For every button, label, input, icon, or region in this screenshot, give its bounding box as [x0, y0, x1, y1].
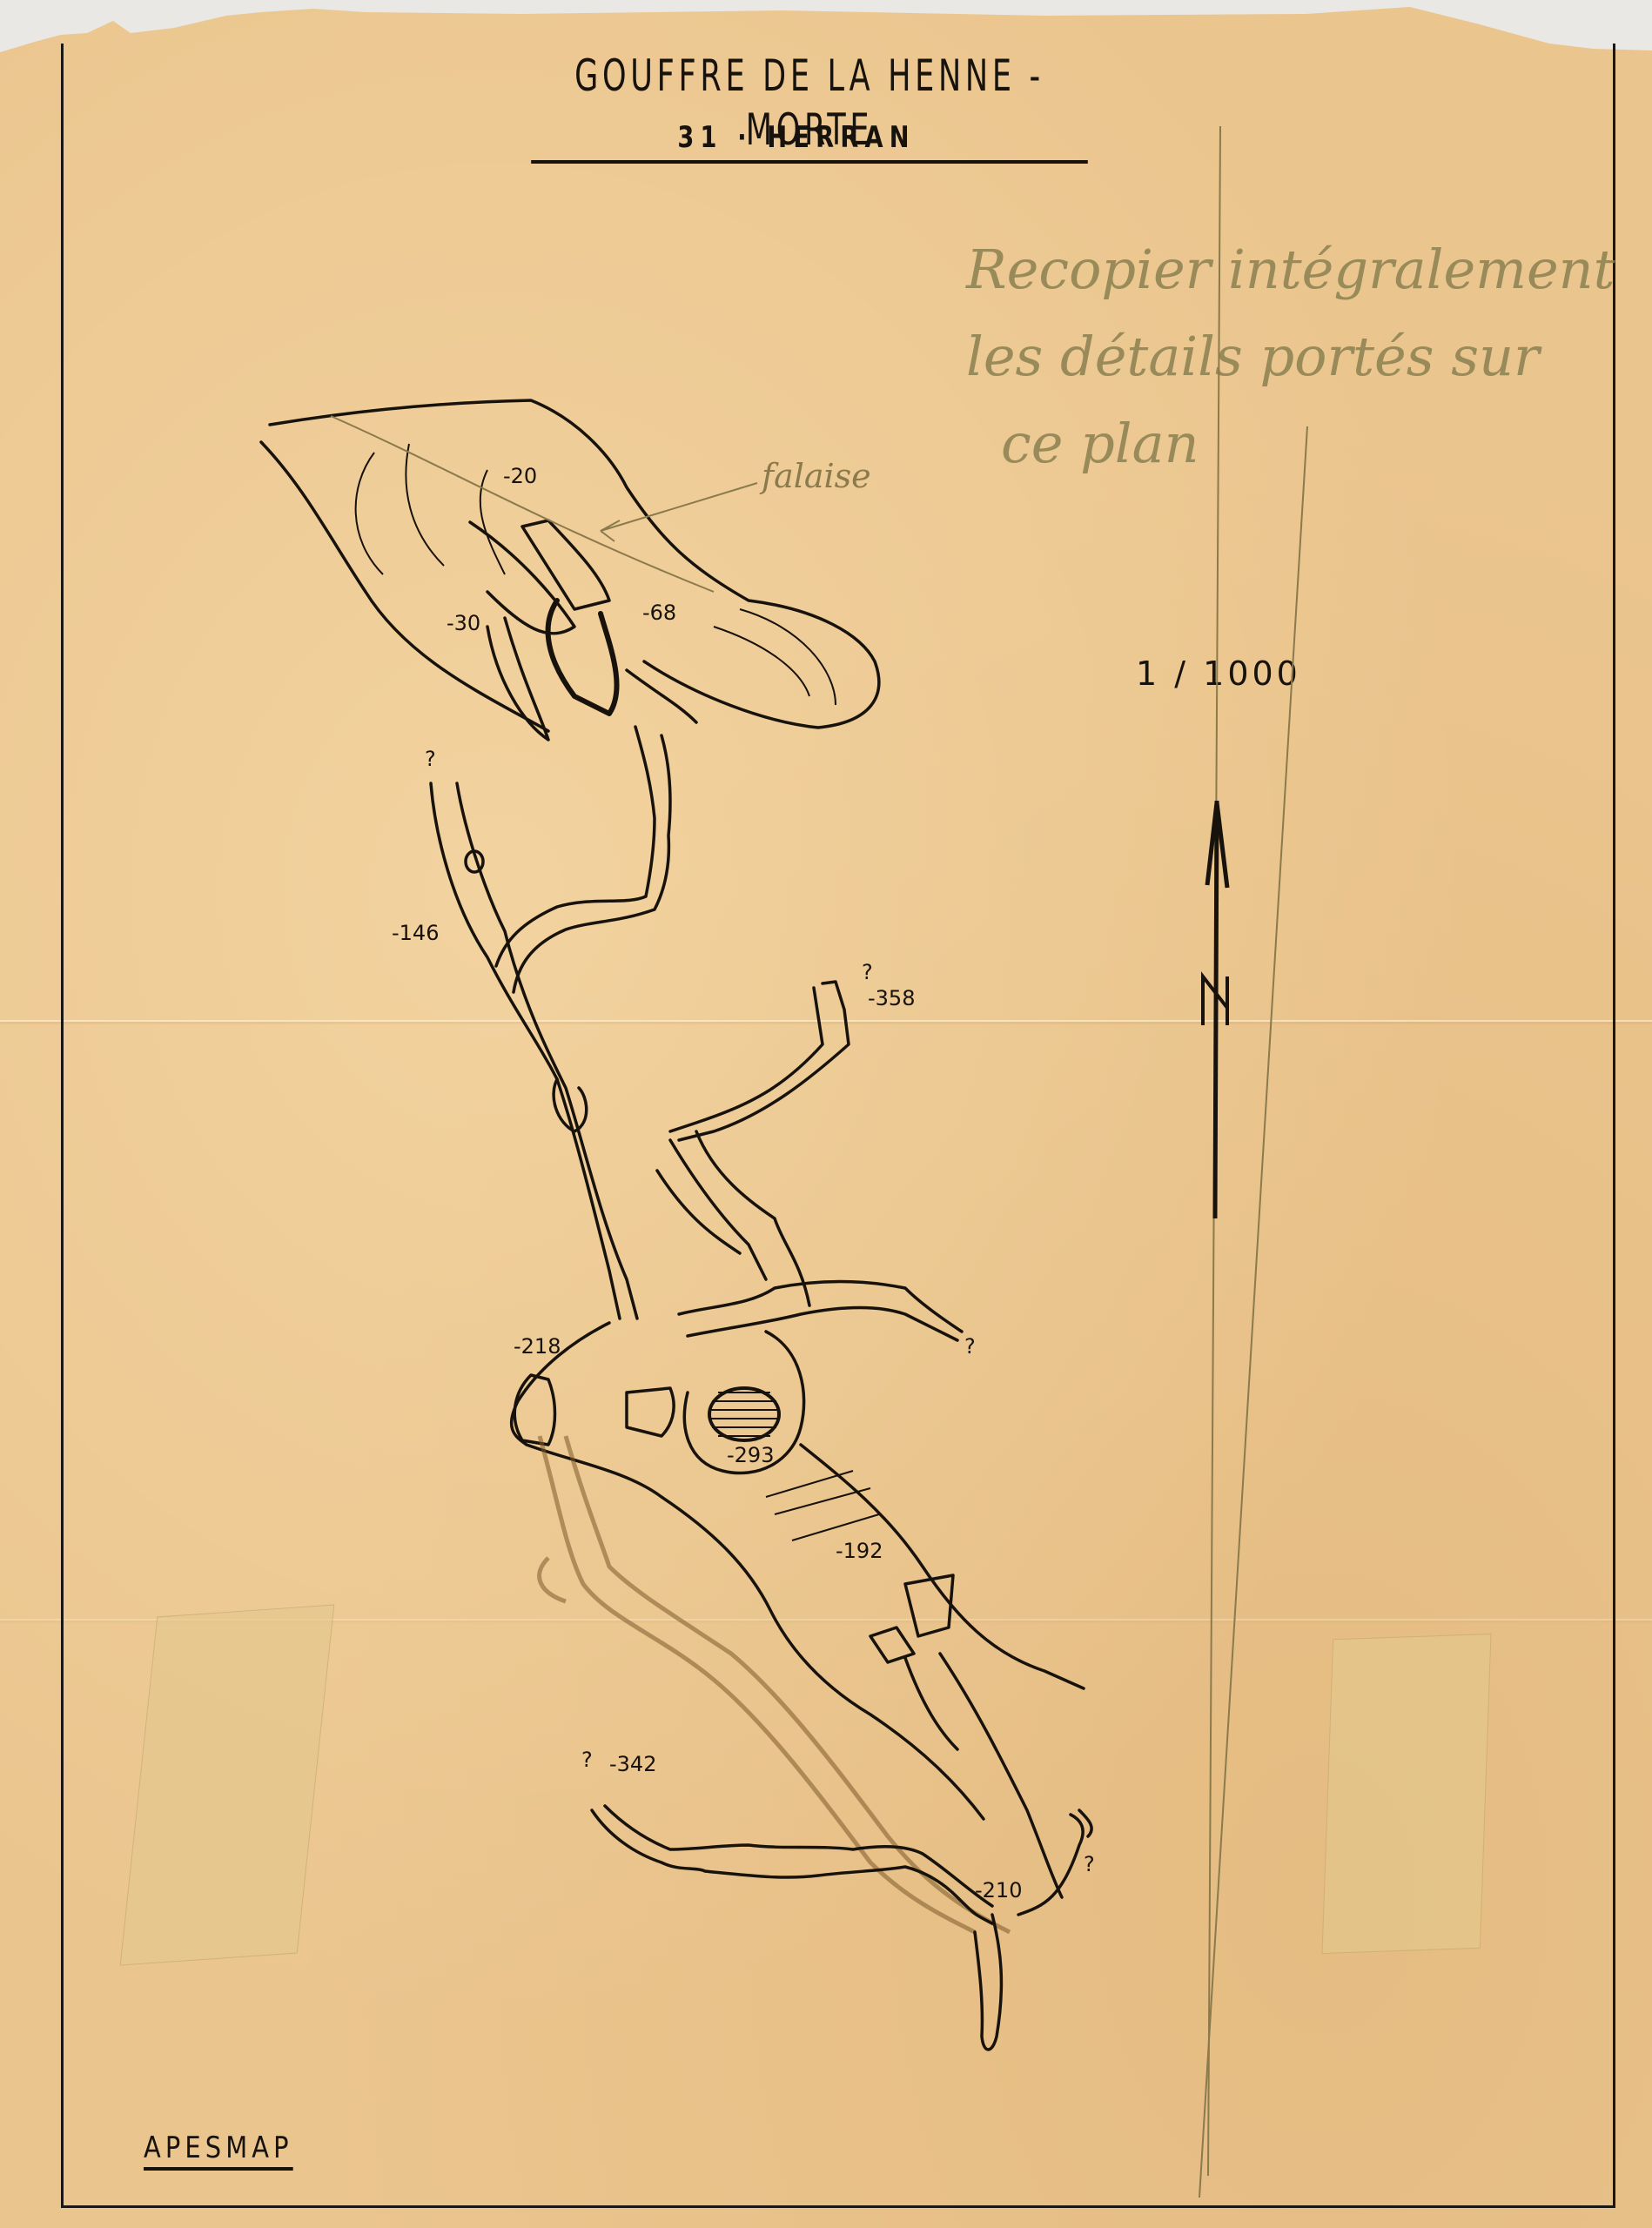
falaise-label: falaise — [759, 457, 871, 495]
unknown-continuation-mark: ? — [1084, 1852, 1095, 1876]
gallery-342 — [592, 1806, 1091, 2050]
cave-survey-drawing: -20 -30 -68 -146 -358 -218 -293 -192 -34… — [0, 0, 1652, 2228]
depth-label: -20 — [503, 464, 537, 488]
branch-east — [679, 1282, 962, 1341]
north-arrow-icon — [1203, 801, 1227, 1218]
depth-label: -192 — [836, 1539, 883, 1563]
depth-label: -218 — [514, 1334, 561, 1359]
main-chamber — [512, 1323, 1084, 1897]
pencil-guide-line — [1199, 426, 1307, 2198]
depth-label: -358 — [868, 986, 915, 1010]
pencil-sketch-passage — [540, 1436, 1010, 1932]
depth-label: -30 — [447, 611, 480, 635]
entrance-doline — [261, 400, 879, 740]
depth-label: -210 — [975, 1878, 1022, 1903]
unknown-continuation-mark: ? — [862, 960, 873, 984]
branch-358 — [657, 982, 849, 1305]
unknown-continuation-mark: ? — [581, 1748, 593, 1772]
unknown-continuation-mark: ? — [425, 747, 436, 771]
depth-label: -293 — [727, 1443, 774, 1467]
unknown-continuation-mark: ? — [964, 1334, 976, 1359]
depth-label: -342 — [609, 1752, 656, 1776]
depth-label: -68 — [642, 601, 676, 625]
depth-label: -146 — [392, 921, 439, 945]
main-passage-upper — [431, 727, 670, 1319]
